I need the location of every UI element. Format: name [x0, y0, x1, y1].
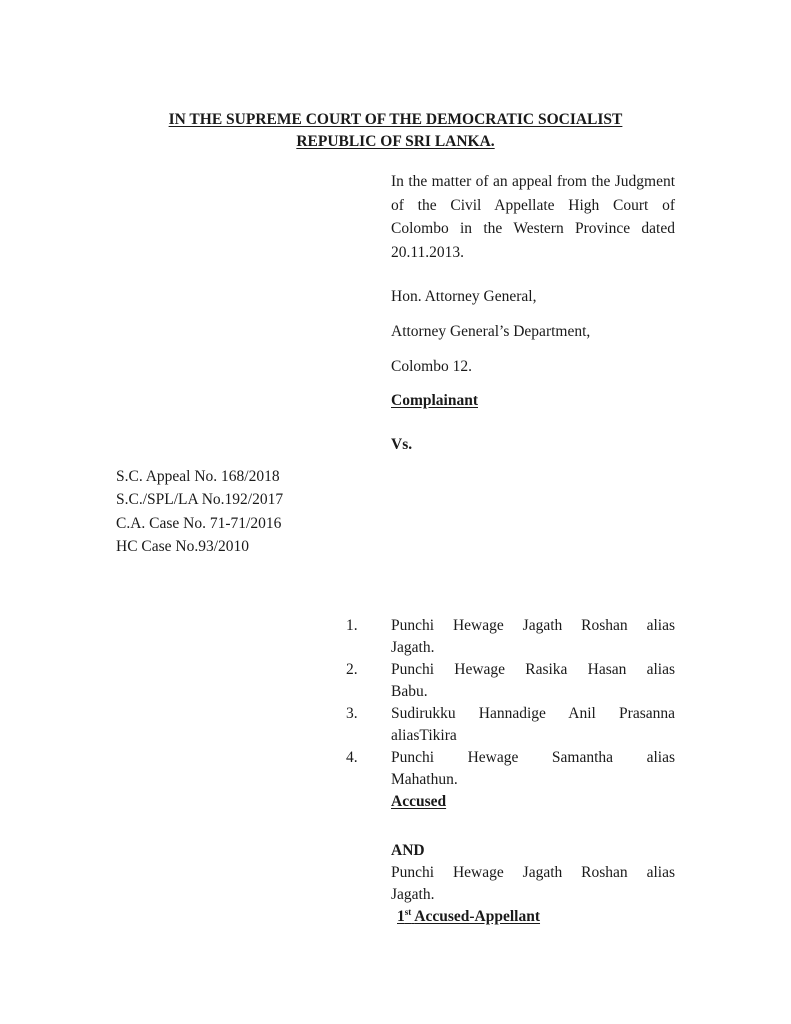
court-title: IN THE SUPREME COURT OF THE DEMOCRATIC S… — [0, 109, 791, 153]
complainant-line-2: Attorney General’s Department, — [391, 320, 675, 355]
accused-alias: Babu. — [391, 681, 675, 703]
case-number-ca: C.A. Case No. 71-71/2016 — [116, 512, 283, 535]
accused-number: 1. — [346, 615, 391, 659]
accused-list: 1. Punchi Hewage Jagath Roshan alias Jag… — [346, 615, 675, 813]
court-title-line-1: IN THE SUPREME COURT OF THE DEMOCRATIC S… — [169, 111, 623, 128]
accused-item: 3. Sudirukku Hannadige Anil Prasanna ali… — [346, 703, 675, 747]
accused-number: 3. — [346, 703, 391, 747]
accused-alias: Jagath. — [391, 637, 675, 659]
appellant-block: Punchi Hewage Jagath Roshan alias Jagath… — [391, 862, 675, 928]
accused-name: Punchi Hewage Samantha alias — [391, 747, 675, 769]
versus-label: Vs. — [391, 436, 675, 454]
accused-alias: aliasTikira — [391, 725, 675, 747]
complainant-block: Hon. Attorney General, Attorney General’… — [391, 285, 675, 412]
accused-alias: Mahathun. — [391, 769, 675, 791]
appellant-label: 1st Accused-Appellant — [391, 906, 675, 928]
and-label: AND — [391, 840, 675, 862]
court-title-line-2: REPUBLIC OF SRI LANKA. — [296, 133, 494, 150]
accused-name: Punchi Hewage Rasika Hasan alias — [391, 659, 675, 681]
complainant-line-3: Colombo 12. — [391, 355, 675, 389]
matter-description: In the matter of an appeal from the Judg… — [391, 170, 675, 264]
accused-item: 2. Punchi Hewage Rasika Hasan alias Babu… — [346, 659, 675, 703]
complainant-label: Complainant — [391, 389, 675, 412]
complainant-line-1: Hon. Attorney General, — [391, 285, 675, 320]
appellant-alias: Jagath. — [391, 884, 675, 906]
accused-name: Punchi Hewage Jagath Roshan alias — [391, 615, 675, 637]
case-number-spl-la: S.C./SPL/LA No.192/2017 — [116, 488, 283, 511]
appellant-name: Punchi Hewage Jagath Roshan alias — [391, 862, 675, 884]
case-number-sc-appeal: S.C. Appeal No. 168/2018 — [116, 465, 283, 488]
accused-name: Sudirukku Hannadige Anil Prasanna — [391, 703, 675, 725]
accused-number: 4. — [346, 747, 391, 813]
appellant-ordinal-suffix: st — [405, 907, 412, 917]
accused-label: Accused — [391, 791, 675, 813]
accused-item: 4. Punchi Hewage Samantha alias Mahathun… — [346, 747, 675, 813]
case-numbers: S.C. Appeal No. 168/2018 S.C./SPL/LA No.… — [116, 465, 283, 558]
appellant-role: Accused-Appellant — [414, 908, 540, 925]
accused-number: 2. — [346, 659, 391, 703]
case-number-hc: HC Case No.93/2010 — [116, 535, 283, 558]
appellant-ordinal-number: 1 — [397, 908, 405, 925]
accused-item: 1. Punchi Hewage Jagath Roshan alias Jag… — [346, 615, 675, 659]
